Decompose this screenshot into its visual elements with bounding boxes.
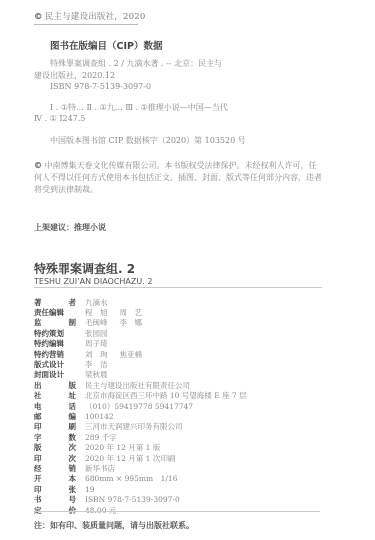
info-value-text: 289 千字 (85, 433, 117, 442)
info-value: 民主与建设出版社有限责任公司 (85, 380, 190, 391)
info-row: 特约营销刘 珣焦亚楠 (34, 349, 247, 359)
info-value-text: 周 艺 (120, 308, 143, 317)
info-label: 经销 (34, 463, 85, 474)
info-label-text: 版 (69, 380, 77, 391)
info-label: 出版 (34, 380, 85, 391)
info-value: 梁秋晨 (85, 369, 108, 380)
info-label-text: 特约策划 (34, 328, 64, 339)
cip-line: 建设出版社，2020.12 (34, 70, 244, 82)
info-value-text: 张园园 (85, 329, 108, 338)
info-row: 社址北京市海淀区西三环中路 10 号望海楼 E 座 7 层 (34, 391, 247, 401)
info-value: 周子琦 (85, 338, 108, 349)
info-value-text: 九滴水 (85, 298, 108, 307)
info-value-text: 毛闽峰 (85, 318, 108, 327)
info-value-text: 680mm × 995mm 1/16 (85, 474, 177, 483)
info-label-text: 印 (34, 421, 42, 432)
info-row: 特约策划张园园 (34, 328, 247, 338)
cip-line: 特殊罪案调查组 . 2 / 九滴水著 . -- 北京：民主与 (34, 58, 244, 70)
info-row: 版次2020 年 12 月第 1 版 (34, 442, 247, 452)
info-value: 程 旭周 艺 (85, 307, 142, 318)
info-value-text: 三河市天润建兴印务有限公司 (85, 422, 183, 431)
copyright-text: 民主与建设出版社，2020 (45, 12, 146, 22)
info-value: 新华书店 (85, 463, 115, 474)
info-label-text: 责任编辑 (34, 307, 64, 318)
info-label: 开本 (34, 473, 85, 484)
info-label: 封面设计 (34, 369, 85, 380)
info-row: 印刷三河市天润建兴印务有限公司 (34, 422, 247, 432)
info-value: 三河市天润建兴印务有限公司 (85, 421, 183, 432)
info-label-text: 封面设计 (34, 369, 64, 380)
info-value: 100142 (85, 412, 114, 421)
info-row: 开本680mm × 995mm 1/16 (34, 474, 247, 484)
info-label: 社址 (34, 390, 85, 401)
cip-line: Ⅰ . ①特… Ⅱ . ①九… Ⅲ . ①推理小说—中国—当代 (34, 102, 244, 114)
copyright-line: ©民主与建设出版社，2020 (34, 10, 145, 22)
info-label-text: 话 (69, 401, 77, 412)
info-row: 封面设计梁秋晨 (34, 370, 247, 380)
info-row: 监制毛闽峰李 娜 (34, 318, 247, 328)
info-row: 印次2020 年 12 月第 1 次印刷 (34, 453, 247, 463)
info-label-text: 张 (69, 484, 77, 495)
info-row: 印张19 (34, 484, 247, 494)
info-label: 版式设计 (34, 359, 85, 370)
info-label: 书号 (34, 494, 85, 505)
copyright-page: ©民主与建设出版社，2020 图书在版编目（CIP）数据 特殊罪案调查组 . 2… (0, 0, 375, 540)
info-label-text: 刷 (69, 421, 77, 432)
info-label: 特约编辑 (34, 338, 85, 349)
info-label-text: 印 (34, 484, 42, 495)
book-title: 特殊罪案调查组. 2 (34, 260, 135, 277)
cip-line: Ⅳ . ① I247.5 (34, 113, 244, 125)
book-pinyin-title: TESHU ZUI’AN DIAOCHAZU. 2 (34, 277, 152, 286)
info-value: 张园园 (85, 328, 108, 339)
info-value-text: 程 旭 (85, 308, 108, 317)
top-divider (34, 24, 138, 25)
info-row: 电话（010）59419778 59417747 (34, 401, 247, 411)
info-label: 印张 (34, 484, 85, 495)
info-value-text: 焦亚楠 (120, 350, 143, 359)
info-value: 19 (85, 485, 95, 494)
info-label-text: 出 (34, 380, 42, 391)
info-row: 责任编辑程 旭周 艺 (34, 307, 247, 317)
bottom-divider (34, 511, 320, 512)
info-value: 2020 年 12 月第 1 版 (85, 442, 160, 453)
info-value-text: 2020 年 12 月第 1 次印刷 (85, 454, 175, 463)
info-label-text: 邮 (34, 411, 42, 422)
info-value-text: 周子琦 (85, 339, 108, 348)
info-value-text: 北京市海淀区西三环中路 10 号望海楼 E 座 7 层 (85, 391, 247, 400)
info-value: ISBN 978-7-5139-3097-0 (85, 495, 180, 504)
info-value: 刘 珣焦亚楠 (85, 349, 142, 360)
info-row: 邮编100142 (34, 411, 247, 421)
info-label: 邮编 (34, 411, 85, 422)
cip-check-number: 中国版本图书馆 CIP 数据核字（2020）第 103520 号 (50, 135, 246, 146)
info-label: 字数 (34, 432, 85, 443)
info-value-text: 李 娜 (120, 318, 143, 327)
info-value-text: 梁秋晨 (85, 370, 108, 379)
info-label: 电话 (34, 401, 85, 412)
info-label-text: 电 (34, 401, 42, 412)
footer-note: 注：如有印、装质量问题，请与出版社联系。 (34, 520, 194, 531)
info-row: 字数289 千字 (34, 432, 247, 442)
info-label-text: 开 (34, 473, 42, 484)
info-value-text: 刘 珣 (85, 350, 108, 359)
shelf-suggestion: 上架建议：推理小说 (34, 222, 106, 233)
info-row: 出版民主与建设出版社有限责任公司 (34, 380, 247, 390)
rights-notice-text: 中南博集天卷文化传媒有限公司。本书版权受法律保护。未经权利人许可，任何人不得以任… (34, 161, 322, 194)
info-label-text: 数 (69, 432, 77, 443)
info-value-text: 2020 年 12 月第 1 版 (85, 443, 160, 452)
info-label-text: 版式设计 (34, 359, 64, 370)
info-label: 特约营销 (34, 349, 85, 360)
info-label: 特约策划 (34, 328, 85, 339)
info-label-text: 次 (69, 453, 77, 464)
info-value-text: （010）59419778 59417747 (85, 402, 193, 411)
info-label-text: 特约编辑 (34, 338, 64, 349)
info-label: 印刷 (34, 421, 85, 432)
info-value: 680mm × 995mm 1/16 (85, 473, 177, 484)
info-row: 版式设计李 洁 (34, 359, 247, 369)
copyright-symbol: © (34, 12, 43, 22)
cip-gap (34, 93, 244, 102)
cip-line: ISBN 978-7-5139-3097-0 (34, 81, 244, 93)
info-row: 经销新华书店 (34, 463, 247, 473)
info-label-text: 字 (34, 432, 42, 443)
info-value: 九滴水 (85, 297, 108, 308)
info-label-text: 社 (34, 390, 42, 401)
info-label-text: 书 (34, 494, 42, 505)
info-label-text: 制 (69, 317, 77, 328)
cip-title: 图书在版编目（CIP）数据 (50, 38, 162, 52)
info-label-text: 监 (34, 317, 42, 328)
info-label-text: 版 (34, 442, 42, 453)
info-value-text: 新华书店 (85, 464, 115, 473)
info-label: 责任编辑 (34, 307, 85, 318)
info-value-text: 19 (85, 485, 95, 494)
info-row: 著者九滴水 (34, 297, 247, 307)
info-row: 特约编辑周子琦 (34, 339, 247, 349)
info-label-text: 址 (69, 390, 77, 401)
info-label: 著者 (34, 297, 85, 308)
info-value: 289 千字 (85, 432, 117, 443)
info-row: 定价48.00 元 (34, 505, 247, 515)
info-label-text: 编 (69, 411, 77, 422)
info-value: 毛闽峰李 娜 (85, 317, 142, 328)
info-label-text: 次 (69, 442, 77, 453)
info-value: 北京市海淀区西三环中路 10 号望海楼 E 座 7 层 (85, 390, 247, 401)
title-divider (34, 287, 322, 288)
info-label: 版次 (34, 442, 85, 453)
info-label: 印次 (34, 453, 85, 464)
info-label-text: 著 (34, 297, 42, 308)
publication-info-table: 著者九滴水责任编辑程 旭周 艺监制毛闽峰李 娜特约策划张园园特约编辑周子琦特约营… (34, 297, 247, 515)
info-value: 李 洁 (85, 359, 108, 370)
info-label-text: 号 (69, 494, 77, 505)
info-value-text: 李 洁 (85, 360, 108, 369)
info-label-text: 经 (34, 463, 42, 474)
info-label-text: 销 (69, 463, 77, 474)
copyright-symbol: © (34, 160, 42, 170)
info-value-text: ISBN 978-7-5139-3097-0 (85, 495, 180, 504)
info-value-text: 民主与建设出版社有限责任公司 (85, 381, 190, 390)
info-value: 2020 年 12 月第 1 次印刷 (85, 453, 175, 464)
info-label-text: 印 (34, 453, 42, 464)
info-value: （010）59419778 59417747 (85, 401, 193, 412)
info-row: 书号ISBN 978-7-5139-3097-0 (34, 494, 247, 504)
info-label-text: 者 (69, 297, 77, 308)
info-label: 监制 (34, 317, 85, 328)
cip-data-block: 特殊罪案调查组 . 2 / 九滴水著 . -- 北京：民主与建设出版社，2020… (34, 58, 244, 125)
info-label-text: 特约营销 (34, 349, 64, 360)
rights-notice: © 中南博集天卷文化传媒有限公司。本书版权受法律保护。未经权利人许可，任何人不得… (34, 159, 324, 196)
info-label-text: 本 (69, 473, 77, 484)
info-value-text: 100142 (85, 412, 114, 421)
